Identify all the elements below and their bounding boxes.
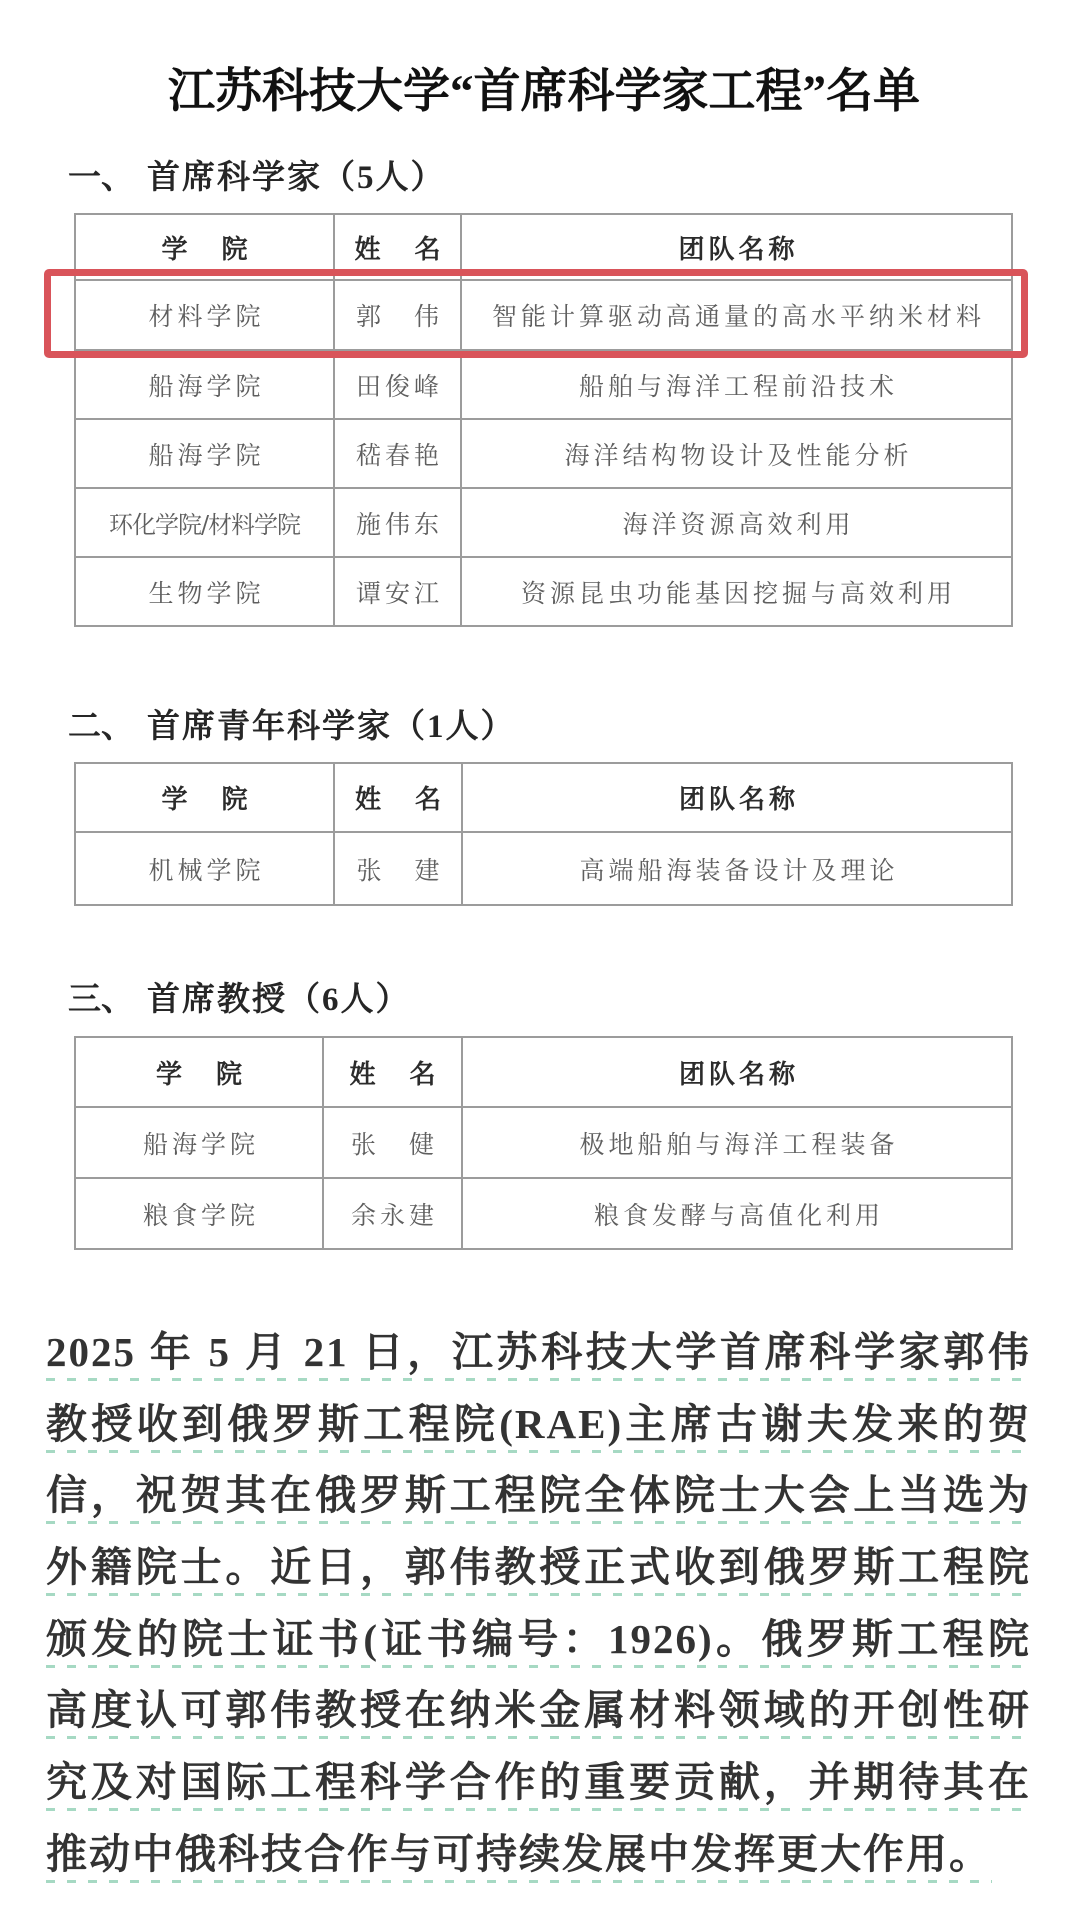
college-cell: 材料学院	[75, 280, 334, 350]
table-row: 船海学院 嵇春艳 海洋结构物设计及性能分析	[75, 419, 1012, 488]
news-paragraph: 2025 年 5 月 21 日，江苏科技大学首席科学家郭伟 教授收到俄罗斯工程院…	[46, 1316, 1031, 1890]
table-header-row: 学 院 姓 名 团队名称	[75, 214, 1012, 280]
name-cell: 田俊峰	[334, 350, 461, 419]
college-cell: 粮食学院	[75, 1178, 323, 1249]
header-team: 团队名称	[462, 763, 1012, 832]
team-cell: 极地船舶与海洋工程装备	[462, 1107, 1012, 1178]
name-cell: 余永建	[323, 1178, 462, 1249]
section-title: 首席青年科学家（1人）	[147, 709, 516, 745]
paragraph-line: 外籍院士。近日，郭伟教授正式收到俄罗斯工程院	[46, 1531, 1031, 1603]
table-row: 粮食学院 余永建 粮食发酵与高值化利用	[75, 1178, 1012, 1249]
paragraph-line: 2025 年 5 月 21 日，江苏科技大学首席科学家郭伟	[46, 1316, 1031, 1388]
name-cell: 谭安江	[334, 557, 461, 626]
table-row: 船海学院 张 健 极地船舶与海洋工程装备	[75, 1107, 1012, 1178]
section-index: 二、	[68, 707, 147, 747]
table-row: 船海学院 田俊峰 船舶与海洋工程前沿技术	[75, 350, 1012, 419]
team-cell: 智能计算驱动高通量的高水平纳米材料	[461, 280, 1012, 350]
name-cell: 嵇春艳	[334, 419, 461, 488]
section-heading-young-scientists: 二、首席青年科学家（1人）	[68, 707, 516, 747]
chief-scientists-table: 学 院 姓 名 团队名称 材料学院 郭 伟 智能计算驱动高通量的高水平纳米材料 …	[74, 213, 1013, 627]
paragraph-line: 究及对国际工程科学合作的重要贡献，并期待其在	[46, 1746, 1031, 1818]
paragraph-line: 信，祝贺其在俄罗斯工程院全体院士大会上当选为	[46, 1459, 1031, 1531]
table-header-row: 学 院 姓 名 团队名称	[75, 1037, 1012, 1107]
section-index: 三、	[68, 980, 147, 1020]
paragraph-line: 教授收到俄罗斯工程院(RAE)主席古谢夫发来的贺	[46, 1388, 1031, 1460]
college-cell: 生物学院	[75, 557, 334, 626]
team-cell: 海洋资源高效利用	[461, 488, 1012, 557]
college-cell: 机械学院	[75, 832, 334, 905]
team-cell: 高端船海装备设计及理论	[462, 832, 1012, 905]
document-title: 江苏科技大学“首席科学家工程”名单	[0, 64, 1080, 120]
team-cell: 资源昆虫功能基因挖掘与高效利用	[461, 557, 1012, 626]
college-cell: 船海学院	[75, 1107, 323, 1178]
name-cell: 郭 伟	[334, 280, 461, 350]
name-cell: 张 建	[334, 832, 462, 905]
header-team: 团队名称	[462, 1037, 1012, 1107]
young-scientists-table: 学 院 姓 名 团队名称 机械学院 张 建 高端船海装备设计及理论	[74, 762, 1013, 906]
paragraph-line: 颁发的院士证书(证书编号：1926)。俄罗斯工程院	[46, 1603, 1031, 1675]
table-row: 生物学院 谭安江 资源昆虫功能基因挖掘与高效利用	[75, 557, 1012, 626]
header-team: 团队名称	[461, 214, 1012, 280]
table-row: 材料学院 郭 伟 智能计算驱动高通量的高水平纳米材料	[75, 280, 1012, 350]
header-name: 姓 名	[334, 763, 462, 832]
table-header-row: 学 院 姓 名 团队名称	[75, 763, 1012, 832]
header-name: 姓 名	[334, 214, 461, 280]
header-college: 学 院	[75, 763, 334, 832]
header-name: 姓 名	[323, 1037, 462, 1107]
team-cell: 海洋结构物设计及性能分析	[461, 419, 1012, 488]
header-college: 学 院	[75, 214, 334, 280]
college-cell: 船海学院	[75, 350, 334, 419]
section-title: 首席科学家（5人）	[147, 160, 446, 196]
paragraph-line: 推动中俄科技合作与可持续发展中发挥更大作用。	[46, 1818, 992, 1890]
table-row: 环化学院/材料学院 施伟东 海洋资源高效利用	[75, 488, 1012, 557]
name-cell: 施伟东	[334, 488, 461, 557]
section-index: 一、	[68, 158, 147, 198]
section-heading-chief-professors: 三、首席教授（6人）	[68, 980, 411, 1020]
chief-professors-table: 学 院 姓 名 团队名称 船海学院 张 健 极地船舶与海洋工程装备 粮食学院 余…	[74, 1036, 1013, 1250]
table-row: 机械学院 张 建 高端船海装备设计及理论	[75, 832, 1012, 905]
header-college: 学 院	[75, 1037, 323, 1107]
section-title: 首席教授（6人）	[147, 982, 411, 1018]
team-cell: 粮食发酵与高值化利用	[462, 1178, 1012, 1249]
team-cell: 船舶与海洋工程前沿技术	[461, 350, 1012, 419]
paragraph-line: 高度认可郭伟教授在纳米金属材料领域的开创性研	[46, 1674, 1031, 1746]
college-cell: 环化学院/材料学院	[75, 488, 334, 557]
name-cell: 张 健	[323, 1107, 462, 1178]
college-cell: 船海学院	[75, 419, 334, 488]
section-heading-chief-scientists: 一、首席科学家（5人）	[68, 158, 446, 198]
